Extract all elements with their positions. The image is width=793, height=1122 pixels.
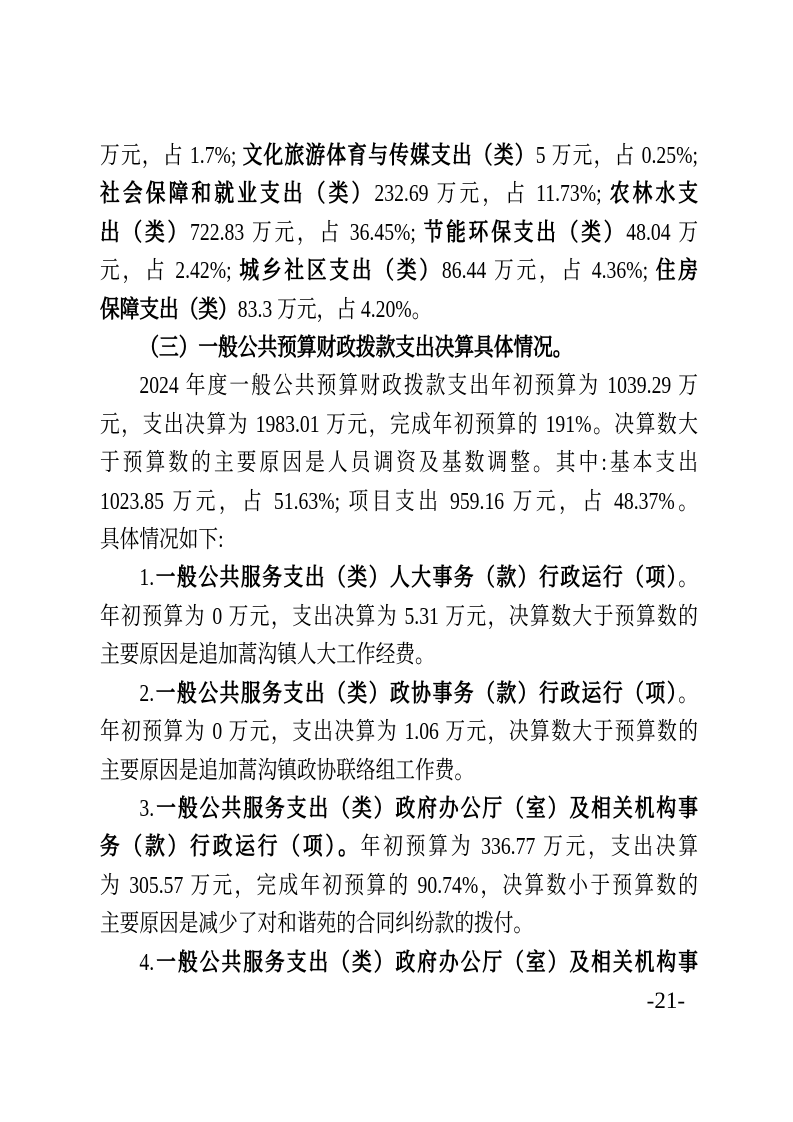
- paragraph-line: 万元，占 1.7%; 文化旅游体育与传媒支出（类）5 万元，占 0.25%;: [100, 137, 698, 175]
- text-run: 主要原因是追加蒿沟镇人大工作经费。: [100, 642, 435, 668]
- text-run: 主要原因是减少了对和谐苑的合同纠纷款的拨付。: [100, 911, 533, 937]
- paragraph-line: 年初预算为 0 万元，支出决算为 5.31 万元，决算数大于预算数的: [100, 598, 698, 636]
- list-item-2-heading: 2.一般公共服务支出（类）政协事务（款）行政运行（项）。: [100, 675, 698, 713]
- list-item-1-heading: 1.一般公共服务支出（类）人大事务（款）行政运行（项）。: [100, 559, 698, 597]
- text-run: 年初预算为 336.77 万元，支出决算: [361, 834, 698, 860]
- text-run: 5 万元，占 0.25%;: [536, 143, 698, 169]
- text-run: 1023.85 万元，占 51.63%; 项目支出 959.16 万元，占 48…: [100, 489, 698, 515]
- text-run: 232.69 万元，占 11.73%;: [374, 181, 609, 207]
- paragraph-line: 元，支出决算为 1983.01 万元，完成年初预算的 191%。决算数大: [100, 406, 698, 444]
- section-heading: （三）一般公共预算财政拨款支出决算具体情况。: [100, 329, 698, 367]
- text-run: 年初预算为 0 万元，支出决算为 1.06 万元，决算数大于预算数的: [100, 719, 698, 745]
- paragraph-line: 于预算数的主要原因是人员调资及基数调整。其中:基本支出: [100, 444, 698, 482]
- item-number: 3.: [139, 796, 154, 822]
- section-heading-text: （三）一般公共预算财政拨款支出决算具体情况。: [139, 334, 572, 361]
- item-number: 1.: [139, 565, 154, 591]
- document-body: 万元，占 1.7%; 文化旅游体育与传媒支出（类）5 万元，占 0.25%; 社…: [100, 137, 698, 982]
- text-run: 。: [678, 565, 698, 591]
- paragraph-line: 为 305.57 万元，完成年初预算的 90.74%，决算数小于预算数的: [100, 867, 698, 905]
- bold-category-text: 节能环保支出（类）: [424, 219, 627, 246]
- bold-category-text: 农林水支: [610, 180, 698, 207]
- text-run: 元，占 2.42%;: [100, 258, 239, 284]
- text-run: 于预算数的主要原因是人员调资及基数调整。其中:基本支出: [100, 450, 698, 476]
- page-number: -21-: [647, 988, 685, 1014]
- paragraph-line: 1023.85 万元，占 51.63%; 项目支出 959.16 万元，占 48…: [100, 483, 698, 521]
- document-page: 万元，占 1.7%; 文化旅游体育与传媒支出（类）5 万元，占 0.25%; 社…: [0, 0, 793, 1122]
- bold-category-text: 住房: [656, 257, 698, 284]
- paragraph-line: 主要原因是减少了对和谐苑的合同纠纷款的拨付。: [100, 905, 698, 943]
- item-title-bold-text: 一般公共服务支出（类）政府办公厅（室）及相关机构事: [154, 949, 698, 976]
- item-title-bold-text: 务（款）行政运行（项）。: [100, 833, 361, 860]
- text-run: 2024 年度一般公共预算财政拨款支出年初预算为 1039.29 万: [139, 373, 698, 399]
- text-run: 万元，占 1.7%;: [100, 143, 243, 169]
- list-item-4-heading: 4.一般公共服务支出（类）政府办公厅（室）及相关机构事: [100, 944, 698, 982]
- text-run: 83.3 万元，占 4.20%。: [238, 297, 432, 323]
- bold-category-text: 出（类）: [100, 219, 190, 246]
- paragraph-line: 元，占 2.42%; 城乡社区支出（类）86.44 万元，占 4.36%; 住房: [100, 252, 698, 290]
- item-title-bold-text: 一般公共服务支出（类）政府办公厅（室）及相关机构事: [154, 795, 698, 822]
- item-number: 2.: [139, 681, 154, 707]
- text-run: 。: [678, 681, 698, 707]
- paragraph-line: 保障支出（类）83.3 万元，占 4.20%。: [100, 291, 698, 329]
- bold-category-text: 社会保障和就业支出（类）: [100, 180, 374, 207]
- paragraph-line: 主要原因是追加蒿沟镇人大工作经费。: [100, 636, 698, 674]
- paragraph-line: 年初预算为 0 万元，支出决算为 1.06 万元，决算数大于预算数的: [100, 713, 698, 751]
- bold-category-text: 文化旅游体育与传媒支出（类）: [243, 142, 536, 169]
- item-number: 4.: [139, 950, 154, 976]
- text-run: 具体情况如下:: [100, 527, 224, 553]
- paragraph-line: 务（款）行政运行（项）。年初预算为 336.77 万元，支出决算: [100, 828, 698, 866]
- paragraph-line: 主要原因是追加蒿沟镇政协联络组工作费。: [100, 752, 698, 790]
- text-run: 主要原因是追加蒿沟镇政协联络组工作费。: [100, 758, 474, 784]
- item-title-bold-text: 一般公共服务支出（类）政协事务（款）行政运行（项）: [154, 680, 678, 707]
- paragraph-line: 社会保障和就业支出（类）232.69 万元，占 11.73%; 农林水支: [100, 175, 698, 213]
- text-run: 86.44 万元，占 4.36%;: [442, 258, 656, 284]
- bold-category-text: 城乡社区支出（类）: [239, 257, 442, 284]
- paragraph-line: 具体情况如下:: [100, 521, 698, 559]
- item-title-bold-text: 一般公共服务支出（类）人大事务（款）行政运行（项）: [154, 564, 678, 591]
- text-run: 48.04 万: [626, 220, 698, 246]
- paragraph-line: 出（类）722.83 万元，占 36.45%; 节能环保支出（类）48.04 万: [100, 214, 698, 252]
- text-run: 为 305.57 万元，完成年初预算的 90.74%，决算数小于预算数的: [100, 873, 698, 899]
- list-item-3-heading: 3.一般公共服务支出（类）政府办公厅（室）及相关机构事: [100, 790, 698, 828]
- bold-category-text: 保障支出（类）: [100, 296, 238, 323]
- paragraph-line: 2024 年度一般公共预算财政拨款支出年初预算为 1039.29 万: [100, 367, 698, 405]
- text-run: 722.83 万元，占 36.45%;: [190, 220, 424, 246]
- text-run: 年初预算为 0 万元，支出决算为 5.31 万元，决算数大于预算数的: [100, 604, 698, 630]
- text-run: 元，支出决算为 1983.01 万元，完成年初预算的 191%。决算数大: [100, 412, 698, 438]
